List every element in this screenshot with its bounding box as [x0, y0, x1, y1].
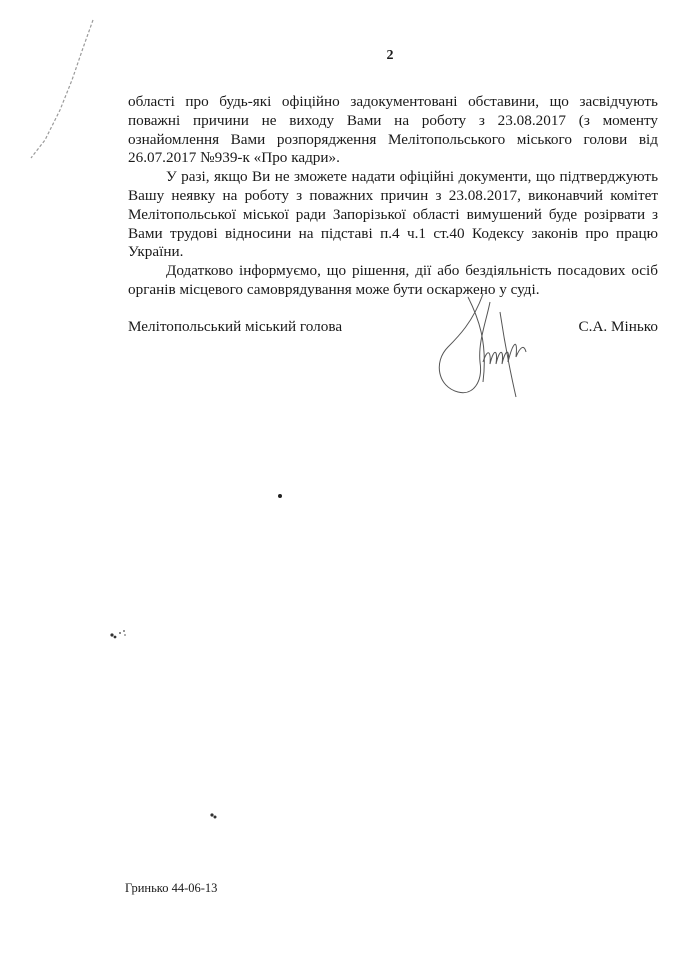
- document-page: 2 області про будь-які офіційно задокуме…: [0, 0, 700, 961]
- scan-speck: [276, 492, 284, 500]
- paragraph-appeal-notice: Додатково інформуємо, що рішення, дії аб…: [128, 262, 658, 300]
- page-number: 2: [0, 48, 700, 64]
- paragraph-termination-notice: У разі, якщо Ви не зможете надати офіцій…: [128, 168, 658, 262]
- scan-speck: [208, 811, 220, 821]
- handwritten-signature: [428, 292, 558, 402]
- signatory-title: Мелітопольський міський голова: [128, 318, 342, 336]
- signature-block: Мелітопольський міський голова С.А. Мінь…: [128, 318, 658, 342]
- paragraph-continuation: області про будь-які офіційно задокумент…: [128, 93, 658, 168]
- scan-speck: [108, 625, 132, 639]
- executor-contact: Гринько 44-06-13: [125, 881, 217, 896]
- signatory-name: С.А. Мінько: [579, 318, 658, 336]
- scan-edge-mark: [0, 0, 120, 180]
- letter-body: області про будь-які офіційно задокумент…: [128, 93, 658, 300]
